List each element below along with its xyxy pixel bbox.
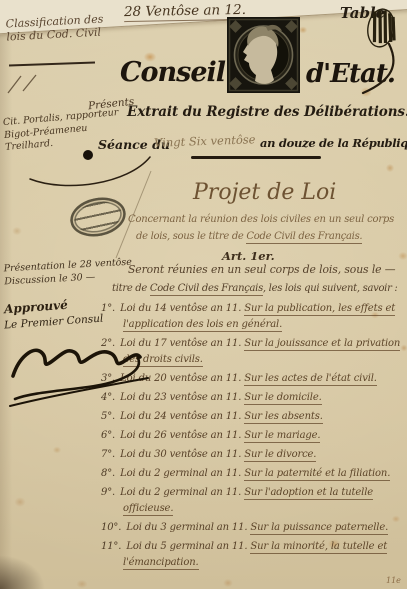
subject-line2: de lois, sous le titre de Code Civil des… [136, 231, 362, 242]
subject-line2-prefix: de lois, sous le titre de [136, 231, 246, 242]
preamble-line2: titre de Code Civil des Français, les lo… [112, 283, 398, 294]
letterhead-title-right: d'Etat. [306, 59, 395, 89]
law-number: 5°. [101, 411, 117, 422]
law-number: 8°. [101, 468, 117, 479]
preamble-line2-suffix: , les lois qui suivent, savoir : [263, 283, 398, 294]
law-subject: Sur la paternité et la filiation. [244, 468, 390, 481]
law-item: 8°. Loi du 2 germinal an 11. Sur la pate… [101, 466, 407, 482]
law-subject: Sur les absents. [244, 411, 322, 424]
margin-check-marks-icon [8, 75, 36, 93]
law-reference: Loi du 26 ventôse an 11. [120, 430, 241, 441]
seance-divider-rule [191, 156, 321, 159]
subject-line1: Concernant la réunion des lois civiles e… [128, 214, 394, 225]
law-subject: Sur la puissance paternelle. [250, 522, 388, 535]
classification-underline [9, 61, 95, 66]
law-reference: Loi du 20 ventôse an 11. [120, 373, 241, 384]
law-reference: Loi du 23 ventôse an 11. [120, 392, 241, 403]
law-reference: Loi du 5 germinal an 11. [126, 541, 247, 552]
preamble-line1: Seront réunies en un seul corps de lois,… [128, 263, 396, 276]
law-reference: Loi du 24 ventôse an 11. [120, 411, 241, 422]
classification-note: Classification des lois du Cod. Civil [5, 12, 104, 43]
law-item: 10°. Loi du 3 germinal an 11. Sur la pui… [101, 520, 407, 536]
law-reference: Loi du 30 ventôse an 11. [120, 449, 241, 460]
law-subject: Sur le mariage. [244, 430, 320, 443]
law-number: 4°. [101, 392, 117, 403]
subject-line2-underlined: Code Civil des Français. [246, 231, 362, 244]
law-item: 3°. Loi du 20 ventôse an 11. Sur les act… [101, 371, 407, 387]
seance-handwritten-date: Vingt Six ventôse [154, 132, 256, 150]
letterhead-title-left: Conseil [120, 57, 225, 88]
law-item: 7°. Loi du 30 ventôse an 11. Sur le divo… [101, 447, 407, 463]
law-number: 10°. [101, 522, 123, 533]
laws-list: 1°. Loi du 14 ventôse an 11. Sur la publ… [101, 301, 407, 574]
seance-suffix: an douze de la République. [260, 136, 407, 150]
law-number: 9°. [101, 487, 117, 498]
law-reference: Loi du 17 ventôse an 11. [120, 338, 241, 349]
law-item: 11°. Loi du 5 germinal an 11. Sur la min… [101, 539, 407, 571]
law-reference: Loi du 14 ventôse an 11. [120, 303, 241, 314]
law-subject: Sur le domicile. [244, 392, 321, 405]
law-item: 4°. Loi du 23 ventôse an 11. Sur le domi… [101, 390, 407, 406]
law-number: 6°. [101, 430, 117, 441]
preamble-line2-underlined: Code Civil des Français [150, 283, 263, 296]
law-number: 2°. [101, 338, 117, 349]
document-page: 28 Ventôse an 12. Classification des loi… [0, 0, 407, 589]
approval-word: Approuvé [4, 298, 69, 316]
law-subject: Sur les actes de l'état civil. [244, 373, 377, 386]
preamble-line2-prefix: titre de [112, 283, 150, 294]
marianne-medallion-icon [227, 17, 300, 93]
letterhead-subtitle: Extrait du Registre des Délibérations. [127, 104, 407, 120]
law-number: 7°. [101, 449, 117, 460]
law-number: 11°. [101, 541, 123, 552]
law-reference: Loi du 3 germinal an 11. [126, 522, 247, 533]
law-number: 3°. [101, 373, 117, 384]
law-item: 5°. Loi du 24 ventôse an 11. Sur les abs… [101, 409, 407, 425]
law-reference: Loi du 2 germinal an 11. [120, 468, 241, 479]
table-note: Table [340, 4, 385, 22]
law-item: 2°. Loi du 17 ventôse an 11. Sur la joui… [101, 336, 407, 368]
law-subject: Sur le divorce. [244, 449, 316, 462]
law-item: 9°. Loi du 2 germinal an 11. Sur l'adopt… [101, 485, 407, 517]
article-heading: Art. 1er. [222, 249, 275, 263]
law-reference: Loi du 2 germinal an 11. [120, 487, 241, 498]
law-item: 6°. Loi du 26 ventôse an 11. Sur le mari… [101, 428, 407, 444]
archive-oval-stamp-icon [67, 193, 130, 242]
approval-first-consul: Le Premier Consul [4, 313, 104, 332]
law-item: 1°. Loi du 14 ventôse an 11. Sur la publ… [101, 301, 407, 333]
projet-de-loi-title: Projet de Loi [193, 180, 336, 205]
law-number: 1°. [101, 303, 117, 314]
folio-mark: 11e [386, 576, 401, 585]
presents-flourish-icon [30, 150, 150, 186]
